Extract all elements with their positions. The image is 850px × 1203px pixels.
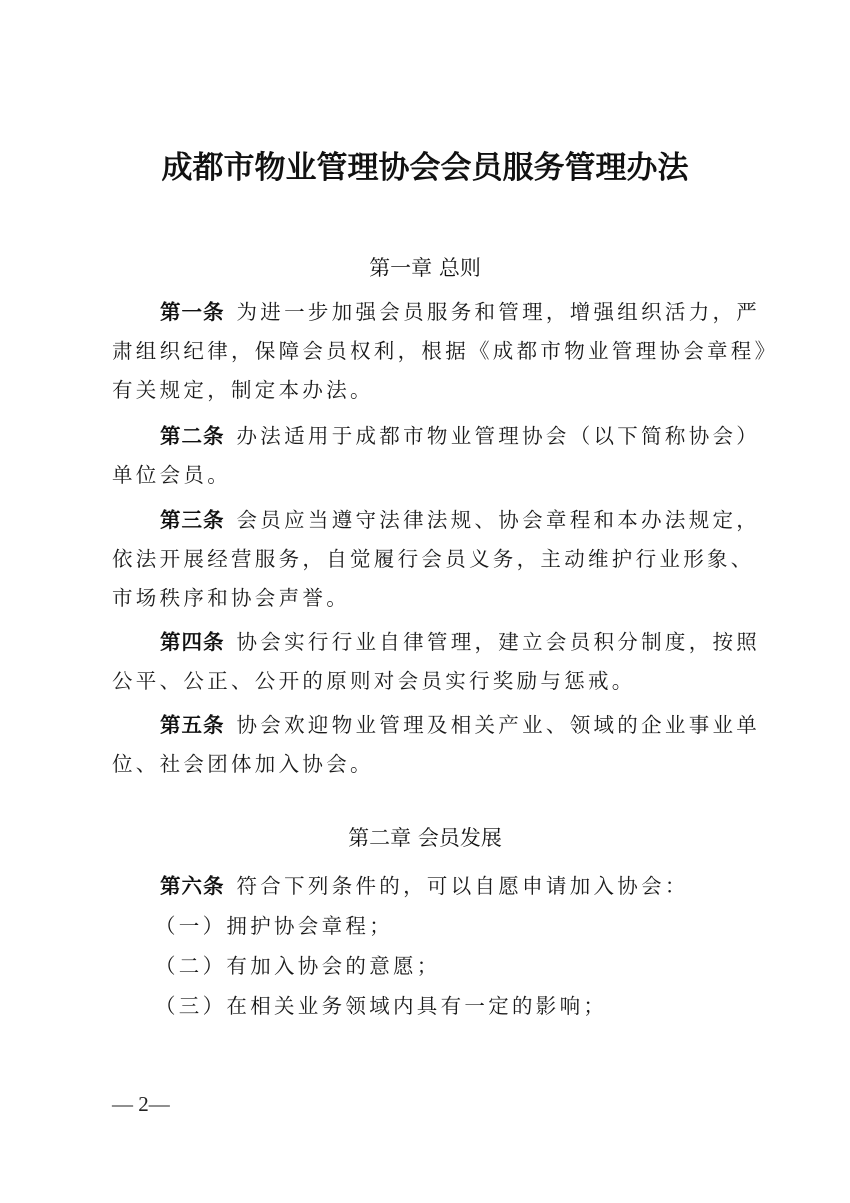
article-2-line-1: 第二条办法适用于成都市物业管理协会（以下简称协会） [160,416,788,456]
article-label: 第一条 [160,300,225,324]
chapter-heading-1: 第一章 总则 [0,252,850,282]
article-1-line-3: 有关规定，制定本办法。 [112,370,740,410]
article-2-line-2: 单位会员。 [112,455,740,495]
list-item-3: （三）在相关业务领域内具有一定的影响； [155,986,783,1026]
article-6-line-1: 第六条符合下列条件的，可以自愿申请加入协会： [160,866,788,906]
list-item-1: （一）拥护协会章程； [155,906,783,946]
article-label: 第三条 [160,508,225,532]
document-page: 成都市物业管理协会会员服务管理办法 第一章 总则 第一条为进一步加强会员服务和管… [0,0,850,1203]
article-4-line-2: 公平、公正、公开的原则对会员实行奖励与惩戒。 [112,661,740,701]
page-number: — 2— [112,1092,170,1117]
article-3-line-2: 依法开展经营服务，自觉履行会员义务，主动维护行业形象、 [112,539,740,579]
article-3-line-3: 市场秩序和协会声誉。 [112,578,740,618]
article-1-line-1: 第一条为进一步加强会员服务和管理，增强组织活力，严 [160,292,788,332]
article-5-line-1: 第五条协会欢迎物业管理及相关产业、领域的企业事业单 [160,705,788,745]
article-1-line-2: 肃组织纪律，保障会员权利，根据《成都市物业管理协会章程》 [112,331,740,371]
article-4-line-1: 第四条协会实行行业自律管理，建立会员积分制度，按照 [160,622,788,662]
article-label: 第五条 [160,713,225,737]
article-5-line-2: 位、社会团体加入协会。 [112,744,740,784]
list-item-2: （二）有加入协会的意愿； [155,946,783,986]
article-label: 第二条 [160,424,225,448]
document-title: 成都市物业管理协会会员服务管理办法 [0,142,850,187]
article-3-line-1: 第三条会员应当遵守法律法规、协会章程和本办法规定， [160,500,788,540]
article-label: 第四条 [160,630,225,654]
article-label: 第六条 [160,874,225,898]
chapter-heading-2: 第二章 会员发展 [0,822,850,852]
